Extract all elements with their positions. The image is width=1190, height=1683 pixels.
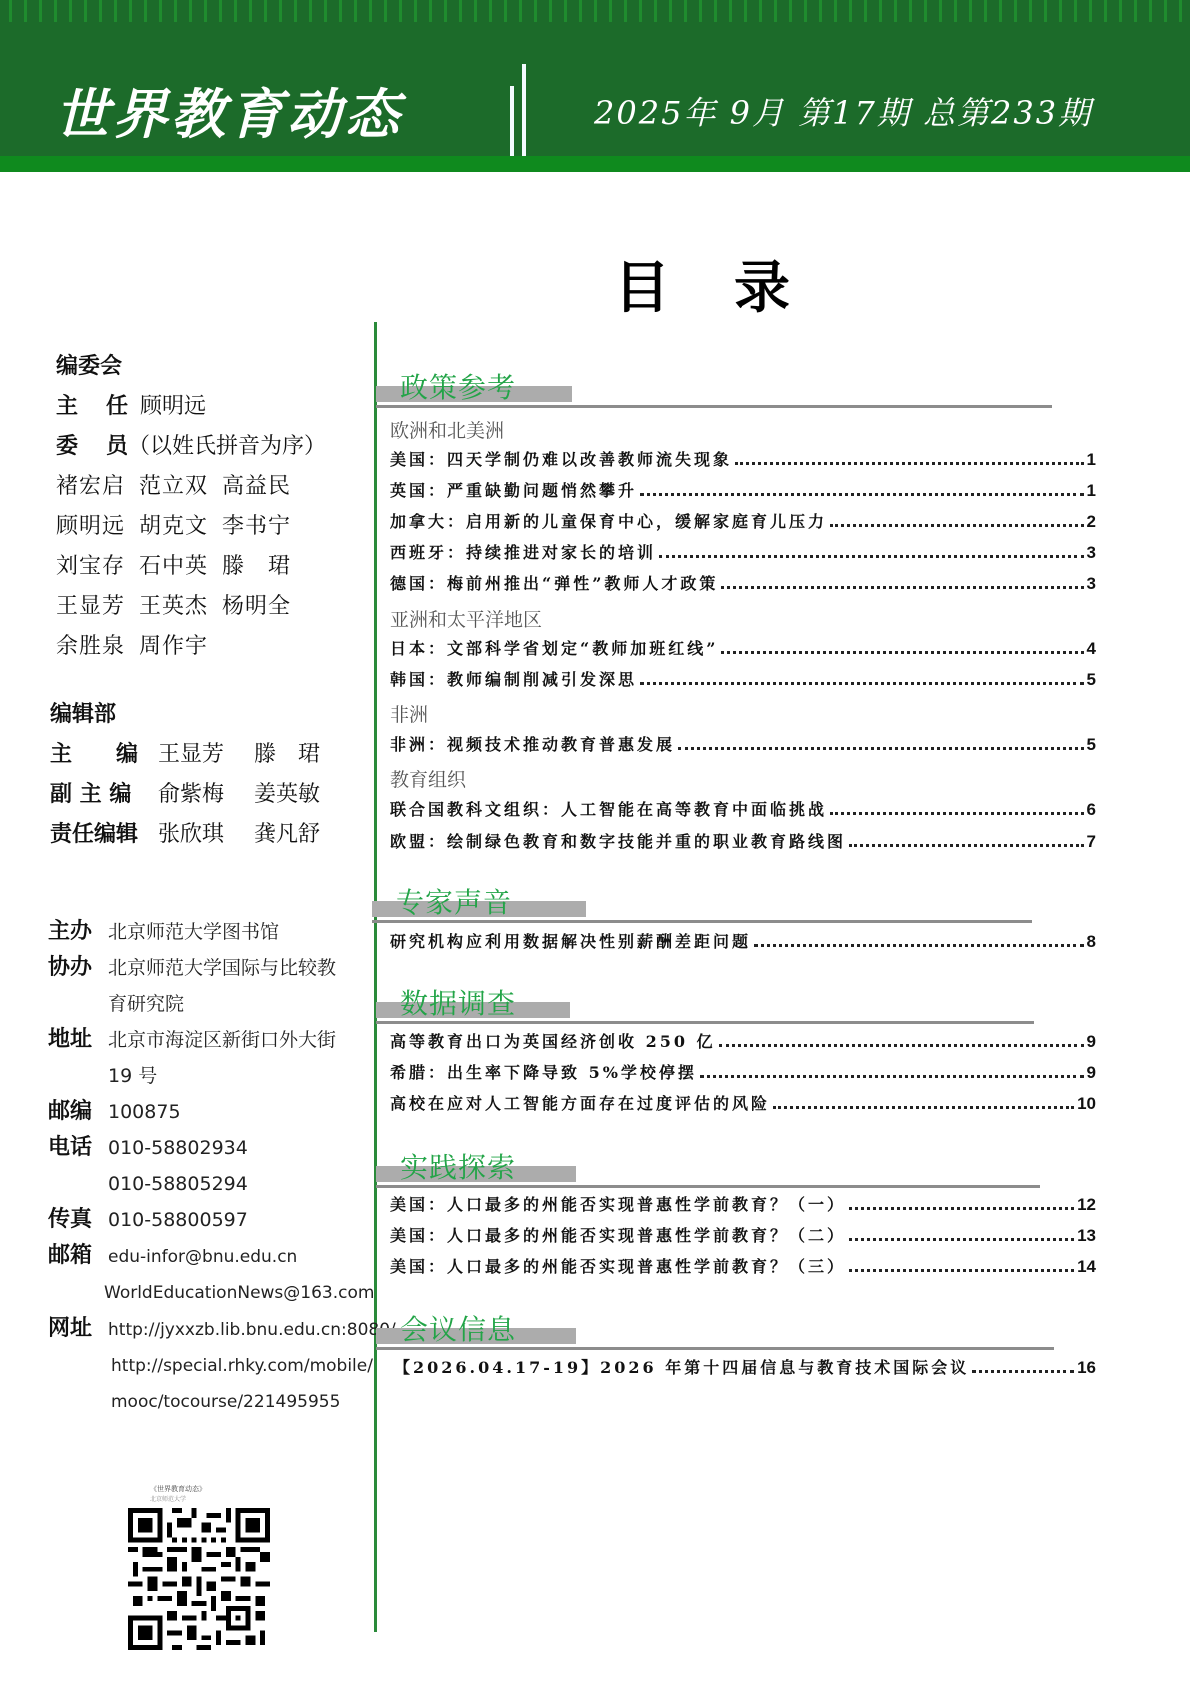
editorial-board: 编委会 主任顾明远 委员（以姓氏拼音为序） 褚宏启范立双高益民 顾明远胡克文李书… [56, 352, 366, 672]
member-name: 褚宏启 [56, 472, 125, 502]
member-row: 余胜泉周作宇 [56, 632, 366, 672]
leader-dots [849, 1260, 1074, 1272]
address-value-cont: 19 号 [48, 1058, 378, 1094]
entry-page: 3 [1087, 543, 1096, 563]
section-title: 政策参考 [400, 366, 516, 406]
entry-page: 1 [1087, 450, 1096, 470]
entry-title: 高校在应对人工智能方面存在过度评估的风险 [390, 1091, 770, 1114]
member-row: 王显芳王英杰杨明全 [56, 592, 366, 632]
section-header-expert: 专家声音 [372, 881, 1052, 923]
entry-title: 加拿大：启用新的儿童保育中心，缓解家庭育儿压力 [390, 509, 827, 532]
phone-row: 电话 010-58802934 [48, 1130, 378, 1166]
member-name: 杨明全 [222, 592, 291, 622]
entry-page: 8 [1087, 932, 1096, 952]
masthead-bottom-strip [0, 156, 1190, 172]
leader-dots [721, 577, 1083, 589]
entry-page: 10 [1077, 1094, 1096, 1114]
masthead-stripes [0, 0, 1190, 22]
entry-title: 研究机构应利用数据解决性别薪酬差距问题 [390, 929, 751, 952]
toc-entry[interactable]: 德国：梅前州推出“弹性”教师人才政策3 [390, 571, 1096, 595]
leader-dots [972, 1361, 1074, 1373]
co-sponsor-row: 协办 北京师范大学国际与比较教 [48, 950, 378, 986]
address-label: 地址 [48, 1022, 108, 1058]
leader-dots [721, 642, 1083, 654]
member-name: 高益民 [222, 472, 291, 502]
email-link-2[interactable]: WorldEducationNews@163.com [48, 1275, 378, 1311]
toc-entry[interactable]: 研究机构应利用数据解决性别薪酬差距问题8 [390, 929, 1096, 953]
leader-dots [773, 1097, 1074, 1109]
section-title: 实践探索 [400, 1146, 516, 1186]
leader-dots [849, 1229, 1074, 1241]
toc-entry[interactable]: 联合国教科文组织：人工智能在高等教育中面临挑战6 [390, 797, 1096, 821]
postcode-value: 100875 [108, 1094, 181, 1130]
editorial-dept: 编辑部 主 编王显芳滕 珺 副 主 编俞紫梅姜英敏 责任编辑张欣琪龚凡舒 [50, 700, 370, 860]
region-label: 欧洲和北美洲 [390, 416, 504, 443]
section-title: 专家声音 [396, 881, 512, 921]
website-row: 网址 http://jyxxzb.lib.bnu.edu.cn:8080/ [48, 1311, 378, 1348]
leader-dots [849, 835, 1084, 847]
board-director-row: 主任顾明远 [56, 392, 366, 432]
leader-dots [700, 1066, 1084, 1078]
entry-title: 德国：梅前州推出“弹性”教师人才政策 [390, 571, 718, 594]
entry-title: 【2026.04.17-19】2026 年第十四届信息与教育技术国际会议 [394, 1355, 969, 1378]
phone-value-2: 010-58805294 [48, 1166, 378, 1202]
sponsor-row: 主办 北京师范大学图书馆 [48, 914, 378, 950]
co-sponsor-value-cont: 育研究院 [48, 986, 378, 1022]
entry-page: 4 [1087, 639, 1096, 659]
fax-value: 010-58800597 [108, 1202, 248, 1238]
editor-name: 滕 珺 [254, 742, 320, 767]
editor-role: 主 编 [50, 740, 158, 770]
masthead-divider [510, 86, 514, 156]
toc-entry[interactable]: 非洲：视频技术推动教育普惠发展5 [390, 732, 1096, 756]
toc-entry[interactable]: 美国：四天学制仍难以改善教师流失现象1 [390, 447, 1096, 471]
toc-entry[interactable]: 美国：人口最多的州能否实现普惠性学前教育？（一）12 [390, 1192, 1096, 1216]
toc-entry[interactable]: 美国：人口最多的州能否实现普惠性学前教育？（二）13 [390, 1223, 1096, 1247]
section-header-practice: 实践探索 [376, 1146, 1056, 1188]
leader-dots [830, 515, 1084, 527]
entry-title: 美国：人口最多的州能否实现普惠性学前教育？（一） [390, 1192, 846, 1215]
entry-page: 1 [1087, 481, 1096, 501]
member-name: 石中英 [139, 552, 208, 582]
member-name: 范立双 [139, 472, 208, 502]
toc-entry[interactable]: 英国：严重缺勤问题悄然攀升1 [390, 478, 1096, 502]
editor-row: 主 编王显芳滕 珺 [50, 740, 370, 780]
editorial-board-title: 编委会 [56, 352, 366, 392]
region-label: 非洲 [390, 700, 428, 727]
leader-dots [678, 738, 1084, 750]
website-link-2[interactable]: http://special.rhky.com/mobile/ [48, 1348, 378, 1384]
sponsor-value: 北京师范大学图书馆 [108, 914, 279, 950]
postcode-row: 邮编 100875 [48, 1094, 378, 1130]
section-header-conference: 会议信息 [376, 1308, 1056, 1350]
entry-page: 9 [1087, 1032, 1096, 1052]
director-name: 顾明远 [140, 394, 206, 419]
member-name: 顾明远 [56, 512, 125, 542]
leader-dots [754, 935, 1084, 947]
masthead: 世界教育动态 2025年 9月 第17期 总第233期 [0, 0, 1190, 172]
toc-entry[interactable]: 韩国：教师编制削减引发深思5 [390, 667, 1096, 691]
member-name: 李书宁 [222, 512, 291, 542]
member-row: 顾明远胡克文李书宁 [56, 512, 366, 552]
leader-dots [735, 453, 1084, 465]
entry-title: 美国：人口最多的州能否实现普惠性学前教育？（三） [390, 1254, 846, 1277]
member-row: 刘宝存石中英滕 珺 [56, 552, 366, 592]
leader-dots [830, 803, 1084, 815]
member-name: 余胜泉 [56, 632, 125, 662]
entry-title: 高等教育出口为英国经济创收 250 亿 [390, 1029, 716, 1052]
toc-entry[interactable]: 欧盟：绘制绿色教育和数字技能并重的职业教育路线图7 [390, 829, 1096, 853]
email-link[interactable]: edu-infor@bnu.edu.cn [108, 1239, 297, 1275]
phone-value: 010-58802934 [108, 1130, 248, 1166]
editor-name: 王显芳 [158, 740, 254, 770]
masthead-divider [522, 64, 526, 156]
publication-title: 世界教育动态 [55, 72, 403, 149]
editor-role: 副 主 编 [50, 780, 158, 810]
fax-row: 传真 010-58800597 [48, 1202, 378, 1238]
page-title: 目录 [614, 244, 854, 324]
region-label: 亚洲和太平洋地区 [390, 605, 542, 632]
editor-row: 责任编辑张欣琪龚凡舒 [50, 820, 370, 860]
toc-entry[interactable]: 日本：文部科学省划定“教师加班红线”4 [390, 636, 1096, 660]
entry-page: 13 [1077, 1226, 1096, 1246]
issue-info: 2025年 9月 第17期 总第233期 [594, 88, 1092, 134]
leader-dots [659, 546, 1084, 558]
entry-page: 6 [1087, 800, 1096, 820]
toc-entry[interactable]: 【2026.04.17-19】2026 年第十四届信息与教育技术国际会议16 [394, 1355, 1096, 1379]
section-header-policy: 政策参考 [376, 366, 1056, 408]
qr-code[interactable] [128, 1508, 270, 1650]
entry-page: 3 [1087, 574, 1096, 594]
section-title: 会议信息 [400, 1308, 516, 1348]
entry-page: 16 [1077, 1358, 1096, 1378]
address-value: 北京市海淀区新街口外大街 [108, 1022, 336, 1058]
entry-title: 美国：人口最多的州能否实现普惠性学前教育？（二） [390, 1223, 846, 1246]
toc-entry[interactable]: 高等教育出口为英国经济创收 250 亿9 [390, 1029, 1096, 1053]
editor-row: 副 主 编俞紫梅姜英敏 [50, 780, 370, 820]
entry-page: 9 [1087, 1063, 1096, 1083]
entry-title: 西班牙：持续推进对家长的培训 [390, 540, 656, 563]
section-title: 数据调查 [400, 982, 516, 1022]
entry-page: 5 [1087, 735, 1096, 755]
toc-entry[interactable]: 高校在应对人工智能方面存在过度评估的风险10 [390, 1091, 1096, 1115]
phone-label: 电话 [48, 1130, 108, 1166]
member-name: 王显芳 [56, 592, 125, 622]
co-sponsor-value: 北京师范大学国际与比较教 [108, 950, 336, 986]
member-name: 滕 珺 [222, 552, 291, 582]
website-link-2-cont[interactable]: mooc/tocourse/221495955 [48, 1384, 378, 1420]
leader-dots [849, 1198, 1074, 1210]
entry-title: 非洲：视频技术推动教育普惠发展 [390, 732, 675, 755]
email-label: 邮箱 [48, 1238, 108, 1274]
co-sponsor-label: 协办 [48, 950, 108, 986]
editor-role: 责任编辑 [50, 820, 158, 850]
toc-entry[interactable]: 美国：人口最多的州能否实现普惠性学前教育？（三）14 [390, 1254, 1096, 1278]
entry-page: 12 [1077, 1195, 1096, 1215]
board-members-row: 委员（以姓氏拼音为序） [56, 432, 366, 472]
leader-dots [719, 1035, 1084, 1047]
director-label: 主任 [56, 392, 140, 422]
section-header-data: 数据调查 [376, 982, 1056, 1024]
postcode-label: 邮编 [48, 1094, 108, 1130]
entry-title: 英国：严重缺勤问题悄然攀升 [390, 478, 637, 501]
entry-page: 7 [1087, 832, 1096, 852]
contact-info: 主办 北京师范大学图书馆 协办 北京师范大学国际与比较教 育研究院 地址 北京市… [48, 914, 378, 1420]
region-label: 教育组织 [390, 765, 466, 792]
toc-entry[interactable]: 西班牙：持续推进对家长的培训3 [390, 540, 1096, 564]
entry-title: 日本：文部科学省划定“教师加班红线” [390, 636, 718, 659]
entry-page: 14 [1077, 1257, 1096, 1277]
entry-title: 希腊：出生率下降导致 5%学校停摆 [390, 1060, 697, 1083]
qr-caption: 《世界教育动态》 [150, 1484, 206, 1494]
entry-title: 联合国教科文组织：人工智能在高等教育中面临挑战 [390, 797, 827, 820]
editorial-dept-title: 编辑部 [50, 700, 370, 740]
entry-page: 5 [1087, 670, 1096, 690]
email-row: 邮箱 edu-infor@bnu.edu.cn [48, 1238, 378, 1275]
entry-title: 韩国：教师编制削减引发深思 [390, 667, 637, 690]
fax-label: 传真 [48, 1202, 108, 1238]
qr-subcaption: 北京师范大学 [150, 1494, 186, 1503]
toc-entry[interactable]: 加拿大：启用新的儿童保育中心，缓解家庭育儿压力2 [390, 509, 1096, 533]
member-name: 胡克文 [139, 512, 208, 542]
member-name: 王英杰 [139, 592, 208, 622]
members-note: （以姓氏拼音为序） [128, 434, 326, 459]
entry-page: 2 [1087, 512, 1096, 532]
member-name: 刘宝存 [56, 552, 125, 582]
editor-name: 俞紫梅 [158, 780, 254, 810]
entry-title: 美国：四天学制仍难以改善教师流失现象 [390, 447, 732, 470]
website-label: 网址 [48, 1311, 108, 1347]
editor-name: 姜英敏 [254, 782, 320, 807]
editor-name: 张欣琪 [158, 820, 254, 850]
leader-dots [640, 673, 1084, 685]
address-row: 地址 北京市海淀区新街口外大街 [48, 1022, 378, 1058]
sponsor-label: 主办 [48, 914, 108, 950]
entry-title: 欧盟：绘制绿色教育和数字技能并重的职业教育路线图 [390, 829, 846, 852]
editor-name: 龚凡舒 [254, 822, 320, 847]
toc-entry[interactable]: 希腊：出生率下降导致 5%学校停摆9 [390, 1060, 1096, 1084]
leader-dots [640, 484, 1084, 496]
member-name: 周作宇 [139, 632, 208, 662]
member-row: 褚宏启范立双高益民 [56, 472, 366, 512]
website-link[interactable]: http://jyxxzb.lib.bnu.edu.cn:8080/ [108, 1312, 396, 1348]
